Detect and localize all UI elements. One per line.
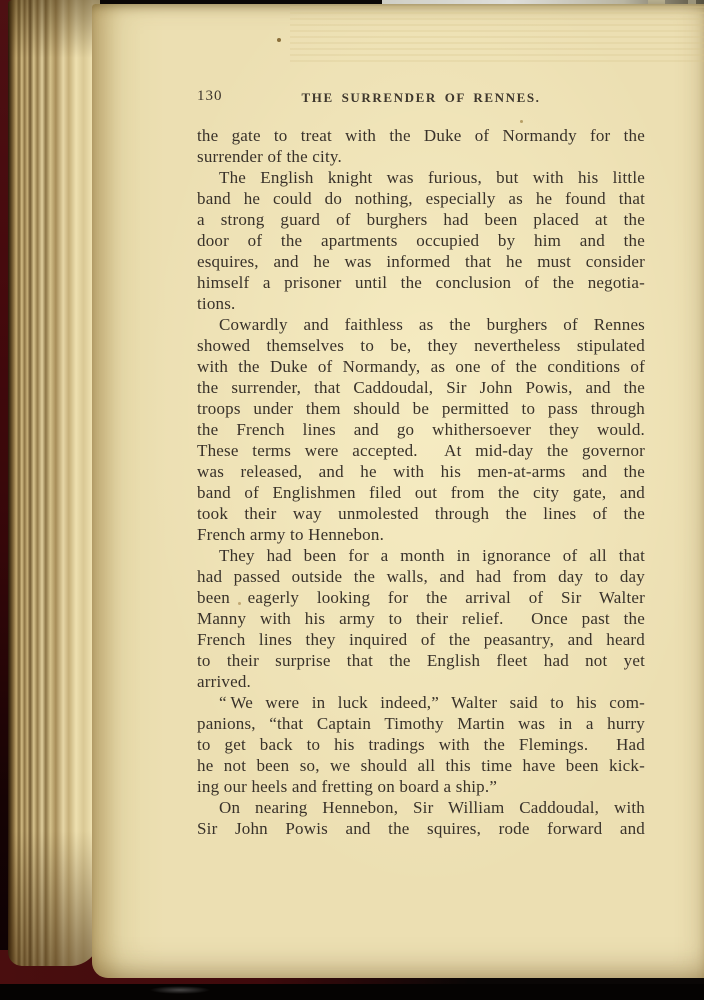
text-line: esquires, and he was informed that he mu… [197,251,645,272]
text-line: The English knight was furious, but with… [197,167,645,188]
text-line: band of Englishmen filed out from the ci… [197,482,645,503]
text-line: French lines they inquired of the peasan… [197,629,645,650]
paper-speck [277,38,281,42]
body-text: the gate to treat with the Duke of Norma… [197,125,645,839]
text-line: been eagerly looking for the arrival of … [197,587,645,608]
text-line: Manny with his army to their relief. Onc… [197,608,645,629]
text-line: panions, “that Captain Timothy Martin wa… [197,713,645,734]
text-line: band he could do nothing, especially as … [197,188,645,209]
text-line: They had been for a month in ignorance o… [197,545,645,566]
background-shadow [0,984,704,1000]
running-title: THE SURRENDER OF RENNES. [197,90,645,106]
text-line: Cowardly and faithless as the burghers o… [197,314,645,335]
text-line: These terms were accepted. At mid-day th… [197,440,645,461]
text-line: showed themselves to be, they neverthele… [197,335,645,356]
text-line: was released, and he with his men-at-arm… [197,461,645,482]
text-line: door of the apartments occupied by him a… [197,230,645,251]
scanned-book-page: 130 THE SURRENDER OF RENNES. the gate to… [0,0,704,1000]
scanner-glint [150,986,210,994]
text-line: had passed outside the walls, and had fr… [197,566,645,587]
text-line: to get back to his tradings with the Fle… [197,734,645,755]
text-line: he not been so, we should all this time … [197,755,645,776]
text-line: surrender of the city. [197,146,645,167]
text-line: tions. [197,293,645,314]
text-line: the surrender, that Caddoudal, Sir John … [197,377,645,398]
text-line: the gate to treat with the Duke of Norma… [197,125,645,146]
text-line: the French lines and go whithersoever th… [197,419,645,440]
text-line: French army to Hennebon. [197,524,645,545]
text-line: took their way unmolested through the li… [197,503,645,524]
page-fore-edges [8,0,100,966]
text-line: himself a prisoner until the conclusion … [197,272,645,293]
text-line: with the Duke of Normandy, as one of the… [197,356,645,377]
page-curl-streaks [290,6,704,62]
text-line: Sir John Powis and the squires, rode for… [197,818,645,839]
paper-speck [520,120,523,123]
text-line: “ We were in luck indeed,” Walter said t… [197,692,645,713]
text-line: a strong guard of burghers had been plac… [197,209,645,230]
text-line: troops under them should be permitted to… [197,398,645,419]
page-header: 130 THE SURRENDER OF RENNES. [197,88,645,108]
text-line: to their surprise that the English fleet… [197,650,645,671]
text-line: On nearing Hennebon, Sir William Caddoud… [197,797,645,818]
text-line: ing our heels and fretting on board a sh… [197,776,645,797]
text-line: arrived. [197,671,645,692]
